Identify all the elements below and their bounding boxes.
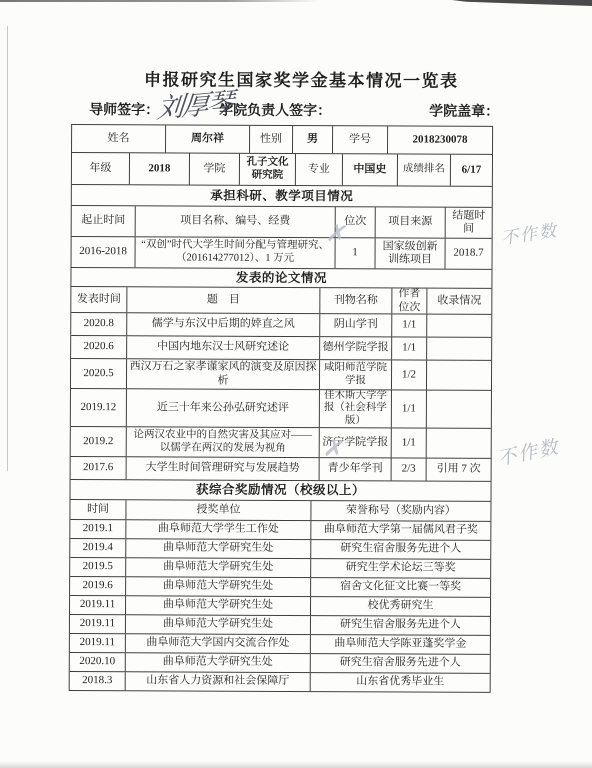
info-row-1: 姓名 周尔祥 性别 男 学号 2018230078 (72, 125, 492, 154)
col-header-project-name: 项目名称、编号、经费 (135, 206, 335, 237)
cell-award-honor: 校优秀研究生 (310, 597, 490, 616)
award-row: 2019.1 曲阜师范大学学生工作处 曲阜师范大学第一届儒风君子奖 (70, 519, 490, 540)
award-row: 2019.11 曲阜师范大学研究生处 校优秀研究生 (70, 595, 490, 616)
field-label-rank: 成绩排名 (397, 154, 450, 185)
cell-paper-title: 西汉万石之家孝谨家风的演变及原因探析 (126, 359, 319, 389)
cell-award-honor: 曲阜师范大学陈亚蓬奖学金 (310, 635, 490, 654)
cell-award-date: 2019.5 (70, 558, 125, 576)
col-header-award-unit: 授奖单位 (125, 500, 310, 520)
cell-award-honor: 研究生宿舍服务先进个人 (310, 654, 490, 673)
cell-paper-index (426, 391, 491, 428)
award-row: 2019.6 曲阜师范大学研究生处 宿舍文化征文比赛一等奖 (70, 576, 490, 597)
col-header-paper-journal: 刊物名称 (319, 288, 391, 313)
col-header-paper-date: 发表时间 (71, 287, 126, 312)
field-value-student-id: 2018230078 (387, 126, 492, 153)
cell-paper-journal: 德州学院学报 (319, 337, 391, 359)
cell-award-honor: 研究生宿舍服务先进个人 (310, 616, 490, 635)
cell-paper-author-rank: 1/1 (391, 337, 426, 359)
cell-paper-date: 2019.12 (71, 389, 126, 426)
cell-award-date: 2019.1 (70, 520, 125, 538)
award-row: 2019.4 曲阜师范大学研究生处 研究生宿舍服务先进个人 (70, 538, 490, 559)
field-label-grade: 年级 (72, 153, 129, 184)
cell-paper-author-rank: 1/1 (391, 390, 426, 427)
cell-paper-title: 大学生时间管理研究与发展趋势 (126, 457, 319, 480)
cell-paper-index (426, 429, 491, 458)
cell-paper-index (426, 361, 491, 390)
papers-section-title: 发表的论文情况 (71, 268, 491, 288)
cell-award-honor: 研究生宿舍服务先进个人 (310, 540, 490, 559)
paper-row: 2019.2 论两汉农业中的自然灾害及其应对——以儒学在两汉的发展为视角 济宁学… (71, 426, 491, 458)
form-table: 姓名 周尔祥 性别 男 学号 2018230078 年级 2018 学院 孔子文… (69, 124, 493, 693)
pencil-note-not-counted: 不作数 (499, 216, 559, 249)
field-label-college: 学院 (189, 154, 239, 185)
awards-section-title: 获综合奖励情况（校级以上） (70, 480, 490, 501)
award-row: 2020.10 曲阜师范大学研究生处 研究生宿舍服务先进个人 (70, 652, 490, 673)
field-label-gender: 性别 (249, 126, 292, 153)
paper-row: 2019.12 近三十年来公孙弘研究述评 佳木斯大学学报（社会科学版） 1/1 (71, 388, 491, 428)
field-label-major: 专业 (295, 154, 342, 185)
field-value-grade: 2018 (129, 153, 189, 184)
paper-row: 2020.8 儒学与东汉中后期的婞直之风 阴山学刊 1/1 (71, 312, 491, 337)
col-header-paper-title: 题 目 (126, 287, 319, 313)
awards-section-row: 获综合奖励情况（校级以上） (70, 479, 490, 501)
page-content: 申报研究生国家奖学金基本情况一览表 导师签字： 刘厚琴 学院负责人签字： 学院盖… (0, 0, 592, 768)
cell-paper-index: 引用 7 次 (426, 459, 491, 481)
cell-award-date: 2019.6 (70, 577, 125, 595)
cell-award-date: 2019.11 (70, 634, 125, 652)
award-row: 2019.11 曲阜师范大学研究生处 研究生宿舍服务先进个人 (70, 614, 490, 635)
cell-award-date: 2019.11 (70, 596, 125, 614)
col-header-paper-author-rank: 作者位次 (391, 288, 426, 313)
cell-project-end: 2018.7 (445, 239, 492, 269)
cell-award-unit: 曲阜师范大学研究生处 (125, 596, 310, 615)
cell-award-date: 2019.11 (70, 615, 125, 633)
projects-header-row: 起止时间 项目名称、编号、经费 位次 项目来源 结题时间 (72, 205, 492, 238)
cell-project-dates: 2016-2018 (72, 237, 135, 267)
cell-award-unit: 曲阜师范大学学生工作处 (125, 520, 310, 539)
cell-award-honor: 宿舍文化征文比赛一等奖 (310, 578, 490, 597)
field-value-name: 周尔祥 (165, 125, 249, 152)
cell-award-unit: 曲阜师范大学研究生处 (125, 539, 310, 558)
cell-paper-author-rank: 2/3 (391, 458, 426, 480)
cell-paper-author-rank: 1/2 (391, 360, 426, 389)
cell-project-name: “双创”时代大学生时间分配与管理研究、（201614277012）、1 万元 (135, 237, 335, 268)
col-header-project-source: 项目来源 (375, 207, 445, 237)
cell-paper-title: 近三十年来公孙弘研究述评 (126, 389, 319, 427)
cell-award-date: 2018.3 (70, 672, 125, 690)
paper-row: 2020.5 西汉万石之家孝谨家风的演变及原因探析 咸阳师范学院学报 1/2 (71, 358, 491, 390)
dean-signature-label: 学院负责人签字： (219, 100, 331, 120)
info-row-2: 年级 2018 学院 孔子文化研究院 专业 中国史 成绩排名 6/17 (72, 152, 492, 186)
col-header-award-honor: 荣誉称号（奖励内容） (310, 501, 490, 521)
award-row: 2019.5 曲阜师范大学研究生处 研究生学术论坛三等奖 (70, 557, 490, 578)
award-row: 2018.3 山东省人力资源和社会保障厅 山东省优秀毕业生 (70, 671, 490, 692)
cell-paper-date: 2017.6 (71, 457, 126, 479)
cell-project-source: 国家级创新训练项目 (375, 238, 445, 268)
college-seal-label: 学院盖章： (429, 101, 499, 121)
cell-paper-title: 儒学与东汉中后期的婞直之风 (126, 313, 319, 336)
cell-award-honor: 山东省优秀毕业生 (310, 673, 490, 692)
field-value-rank: 6/17 (450, 155, 492, 186)
col-header-paper-index: 收录情况 (426, 289, 491, 314)
cell-paper-date: 2020.6 (71, 336, 126, 358)
cell-award-unit: 曲阜师范大学国内交流合作处 (125, 634, 310, 653)
field-value-gender: 男 (292, 126, 332, 153)
cell-award-date: 2019.4 (70, 539, 125, 557)
cell-paper-date: 2020.8 (71, 313, 126, 335)
projects-section-row: 承担科研、教学项目情况 (72, 184, 492, 207)
projects-section-title: 承担科研、教学项目情况 (72, 185, 492, 207)
col-header-project-end: 结题时间 (445, 208, 492, 238)
papers-header-row: 发表时间 题 目 刊物名称 作者位次 收录情况 (71, 286, 491, 314)
cell-paper-journal: 阴山学刊 (319, 314, 391, 336)
advisor-signature-label: 导师签字： (89, 99, 159, 119)
col-header-award-date: 时间 (70, 500, 125, 519)
cell-paper-journal: 佳木斯大学学报（社会科学版） (319, 390, 391, 427)
cell-award-honor: 曲阜师范大学第一届儒风君子奖 (310, 521, 490, 540)
field-label-student-id: 学号 (332, 126, 387, 153)
cell-award-unit: 曲阜师范大学研究生处 (125, 653, 310, 672)
scanned-form-page: 申报研究生国家奖学金基本情况一览表 导师签字： 刘厚琴 学院负责人签字： 学院盖… (0, 0, 592, 768)
cell-paper-index (426, 338, 491, 360)
award-row: 2019.11 曲阜师范大学国内交流合作处 曲阜师范大学陈亚蓬奖学金 (70, 633, 490, 654)
paper-row: 2020.6 中国内地东汉士风研究述论 德州学院学报 1/1 (71, 335, 491, 360)
field-label-name: 姓名 (72, 125, 165, 152)
awards-header-row: 时间 授奖单位 荣誉称号（奖励内容） (70, 499, 490, 521)
cell-paper-author-rank: 1/1 (391, 428, 426, 457)
cell-award-unit: 曲阜师范大学研究生处 (125, 615, 310, 634)
cell-paper-date: 2020.5 (71, 359, 126, 388)
cell-award-honor: 研究生学术论坛三等奖 (310, 559, 490, 578)
cell-award-unit: 曲阜师范大学研究生处 (125, 558, 310, 577)
field-value-college: 孔子文化研究院 (239, 154, 295, 185)
col-header-project-dates: 起止时间 (72, 206, 135, 236)
cell-paper-title: 论两汉农业中的自然灾害及其应对——以儒学在两汉的发展为视角 (126, 427, 319, 457)
cell-award-unit: 山东省人力资源和社会保障厅 (125, 672, 310, 691)
cell-paper-author-rank: 1/1 (391, 314, 426, 336)
cell-award-unit: 曲阜师范大学研究生处 (125, 577, 310, 596)
project-row: 2016-2018 “双创”时代大学生时间分配与管理研究、（2016142770… (72, 236, 492, 269)
form-title: 申报研究生国家奖学金基本情况一览表 (1, 65, 592, 93)
cell-paper-journal: 咸阳师范学院学报 (319, 360, 391, 389)
field-value-major: 中国史 (342, 154, 397, 185)
cell-paper-date: 2019.2 (71, 427, 126, 456)
cell-paper-index (426, 315, 491, 337)
cell-award-date: 2020.10 (70, 653, 125, 671)
paper-row: 2017.6 大学生时间管理研究与发展趋势 青少年学刊 2/3 引用 7 次 (71, 456, 491, 481)
cell-paper-title: 中国内地东汉士风研究述论 (126, 336, 319, 359)
papers-section-row: 发表的论文情况 (71, 267, 491, 288)
pencil-note-not-counted: 不作数 (495, 432, 562, 471)
